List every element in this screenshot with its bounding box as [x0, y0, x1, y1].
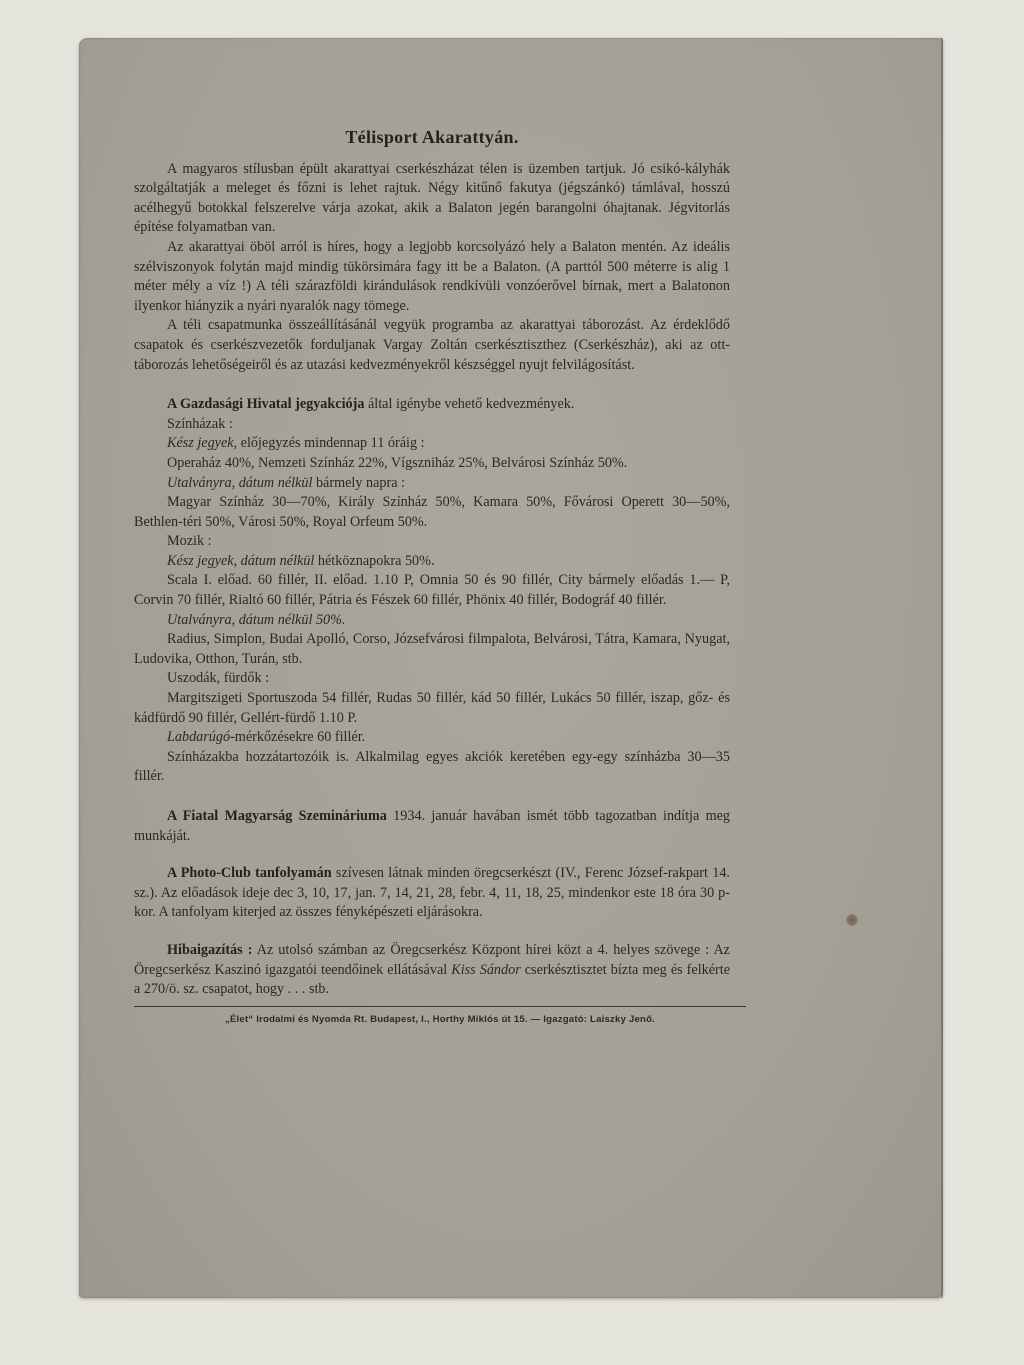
theaters-voucher-rest: bármely napra :	[312, 475, 405, 491]
ticket-heading-rest: által igénybe vehető kedvezmények.	[364, 396, 574, 412]
erratum-paragraph: Hibaigazítás : Az utolsó számban az Öreg…	[134, 941, 730, 1000]
theaters-voucher: Utalványra, dátum nélkül bármely napra :	[134, 474, 730, 494]
football-rest: -mérkőzésekre 60 fillér.	[230, 729, 365, 745]
theaters-ready: Kész jegyek, előjegyzés mindennap 11 órá…	[134, 434, 730, 454]
theaters-voucher-italic: Utalványra, dátum nélkül	[167, 475, 312, 491]
paragraph-camping: A téli csapatmunka összeállításánál vegy…	[134, 316, 730, 375]
football-italic: Labdarúgó	[167, 729, 230, 745]
cinemas-ready: Kész jegyek, dátum nélkül hétköznapokra …	[134, 552, 730, 572]
document-body: Télisport Akarattyán. A magyaros stílusb…	[134, 128, 730, 1029]
ticket-note: Színházakba hozzátartozóik is. Alkalmila…	[134, 748, 730, 787]
footer-divider	[134, 1006, 746, 1007]
cinemas-label: Mozik :	[134, 532, 730, 552]
page-title: Télisport Akarattyán.	[134, 128, 730, 148]
paper-stain	[846, 914, 858, 926]
theaters-ready-rest: előjegyzés mindennap 11 óráig :	[237, 435, 424, 451]
photo-club-heading: A Photo-Club tanfolyamán	[167, 865, 332, 881]
cinemas-voucher: Utalványra, dátum nélkül 50%.	[134, 611, 730, 631]
theaters-ready-list: Operaház 40%, Nemzeti Színház 22%, Vígsz…	[134, 454, 730, 474]
seminar-heading: A Fiatal Magyarság Szemináriuma	[167, 808, 387, 824]
ticket-heading: A Gazdasági Hivatal jegyakciója által ig…	[134, 395, 730, 415]
cinemas-voucher-list: Radius, Simplon, Budai Apolló, Corso, Jó…	[134, 630, 730, 669]
erratum-heading: Hibaigazítás :	[167, 942, 252, 958]
cinemas-ready-rest: hétköznapokra 50%.	[314, 553, 434, 569]
paragraph-intro: A magyaros stílusban épült akarattyai cs…	[134, 160, 730, 238]
theaters-voucher-list: Magyar Színház 30—70%, Király Színház 50…	[134, 493, 730, 532]
baths-list: Margitszigeti Sportuszoda 54 fillér, Rud…	[134, 689, 730, 728]
seminar-paragraph: A Fiatal Magyarság Szemináriuma 1934. ja…	[134, 807, 730, 846]
erratum-name: Kiss Sándor	[451, 962, 520, 978]
theaters-ready-italic: Kész jegyek,	[167, 435, 237, 451]
ticket-heading-bold: A Gazdasági Hivatal jegyakciója	[167, 396, 364, 412]
printer-imprint: „Élet“ Irodalmi és Nyomda Rt. Budapest, …	[134, 1010, 746, 1030]
paragraph-bay: Az akarattyai öböl arról is híres, hogy …	[134, 238, 730, 316]
photo-club-paragraph: A Photo-Club tanfolyamán szívesen látnak…	[134, 864, 730, 923]
cinemas-ready-list: Scala I. előad. 60 fillér, II. előad. 1.…	[134, 571, 730, 610]
baths-label: Uszodák, fürdők :	[134, 669, 730, 689]
theaters-label: Színházak :	[134, 415, 730, 435]
cinemas-ready-italic: Kész jegyek, dátum nélkül	[167, 553, 314, 569]
football: Labdarúgó-mérkőzésekre 60 fillér.	[134, 728, 730, 748]
